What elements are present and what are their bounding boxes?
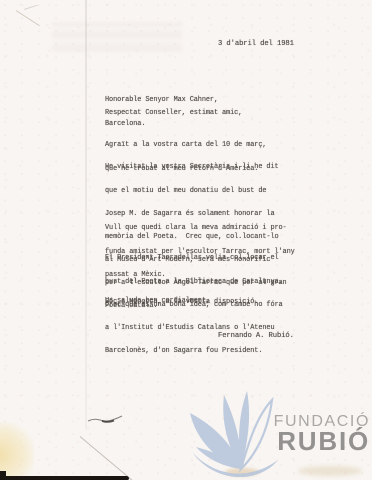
paragraph-line: El President Tarradellas volia col.locar…	[105, 255, 283, 263]
black-edge-blob	[0, 471, 6, 480]
scanned-letter-page: 3 d'abril del 1981 Honorable Senyor Max …	[0, 0, 372, 480]
paragraph-line: Vull que quedi clara la meva admiració i…	[105, 225, 295, 233]
fundacio-rubio-flower-icon	[180, 391, 282, 480]
pencil-squiggle-mark	[86, 412, 128, 426]
paragraph-line: Barcelonès, d'on Sagarra fou President.	[105, 348, 283, 356]
signature-name: Fernando A. Rubió.	[218, 333, 294, 341]
farewell-line: Us saluda ben cordialment,	[105, 298, 210, 306]
wordmark-rubio: RUBIÓ	[274, 429, 370, 454]
fundacio-rubio-wordmark: FUNDACIÓ RUBIÓ	[274, 414, 370, 454]
paragraph-line: He visitat la vostra Secretària i li he …	[105, 164, 287, 172]
letter-date: 3 d'abril del 1981	[218, 41, 294, 49]
recipient-name: Honorable Senyor Max Cahner,	[105, 97, 218, 105]
tan-smudge	[298, 466, 362, 476]
salutation-line: Respectat Conseller, estimat amic,	[105, 110, 242, 118]
black-edge-mark	[0, 476, 129, 480]
paragraph-line: que el motiu del meu donatiu del bust de	[105, 188, 287, 196]
